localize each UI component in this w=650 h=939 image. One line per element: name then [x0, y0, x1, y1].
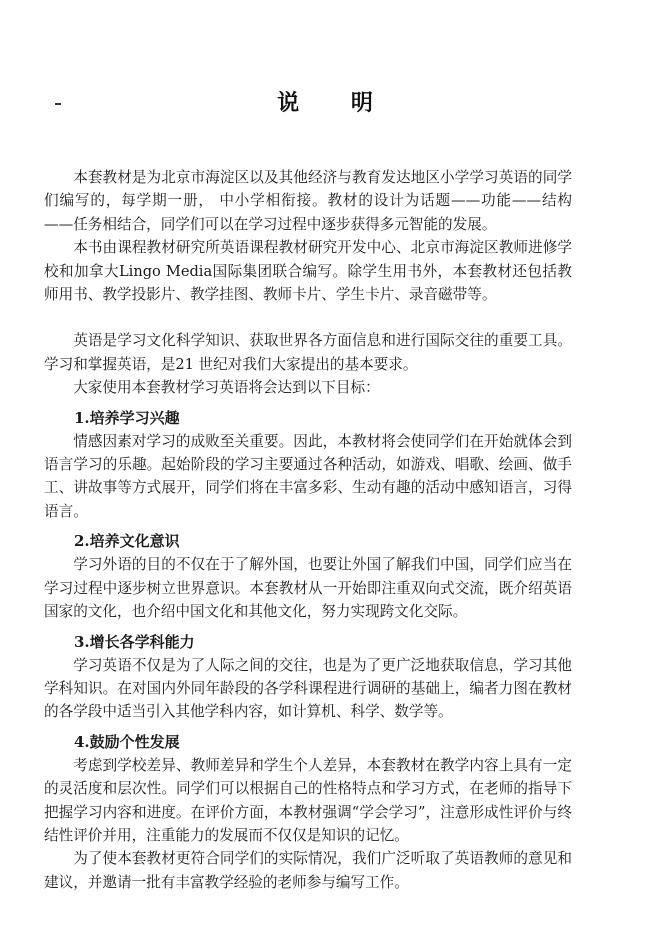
closing-paragraph: 为了使本套教材更符合同学们的实际情况，我们广泛听取了英语教师的意见和建议，并邀请…: [44, 847, 572, 894]
paragraph-spacer: [44, 306, 572, 329]
purpose-paragraph-1: 英语是学习文化科学知识、获取世界各方面信息和进行国际交往的重要工具。学习和掌握英…: [44, 329, 572, 376]
intro-paragraph-1: 本套教材是为北京市海淀区以及其他经济与教育发达地区小学学习英语的同学们编写的，每…: [44, 166, 572, 236]
goal-body-2: 学习外语的目的不仅在于了解外国，也要让外国了解我们中国，同学们应当在学习过程中逐…: [44, 553, 572, 623]
goal-heading-2: 2.培养文化意识: [44, 529, 572, 553]
document-body: 本套教材是为北京市海淀区以及其他经济与教育发达地区小学学习英语的同学们编写的，每…: [44, 166, 572, 894]
goal-body-3: 学习英语不仅是为了人际之间的交往，也是为了更广泛地获取信息，学习其他学科知识。在…: [44, 654, 572, 724]
intro-paragraph-2: 本书由课程教材研究所英语课程教材研究开发中心、北京市海淀区教师进修学校和加拿大L…: [44, 236, 572, 306]
goal-heading-1: 1.培养学习兴趣: [44, 406, 572, 430]
goal-heading-3: 3.增长各学科能力: [44, 630, 572, 654]
page-title: 说 明: [0, 86, 650, 117]
goal-body-1: 情感因素对学习的成败至关重要。因此，本教材将会使同学们在开始就体会到语言学习的乐…: [44, 430, 572, 524]
purpose-paragraph-2: 大家使用本套教材学习英语将会达到以下目标：: [44, 376, 572, 399]
goal-body-4: 考虑到学校差异、教师差异和学生个人差异，本套教材在教学内容上具有一定的灵活度和层…: [44, 754, 572, 848]
goal-heading-4: 4.鼓励个性发展: [44, 730, 572, 754]
